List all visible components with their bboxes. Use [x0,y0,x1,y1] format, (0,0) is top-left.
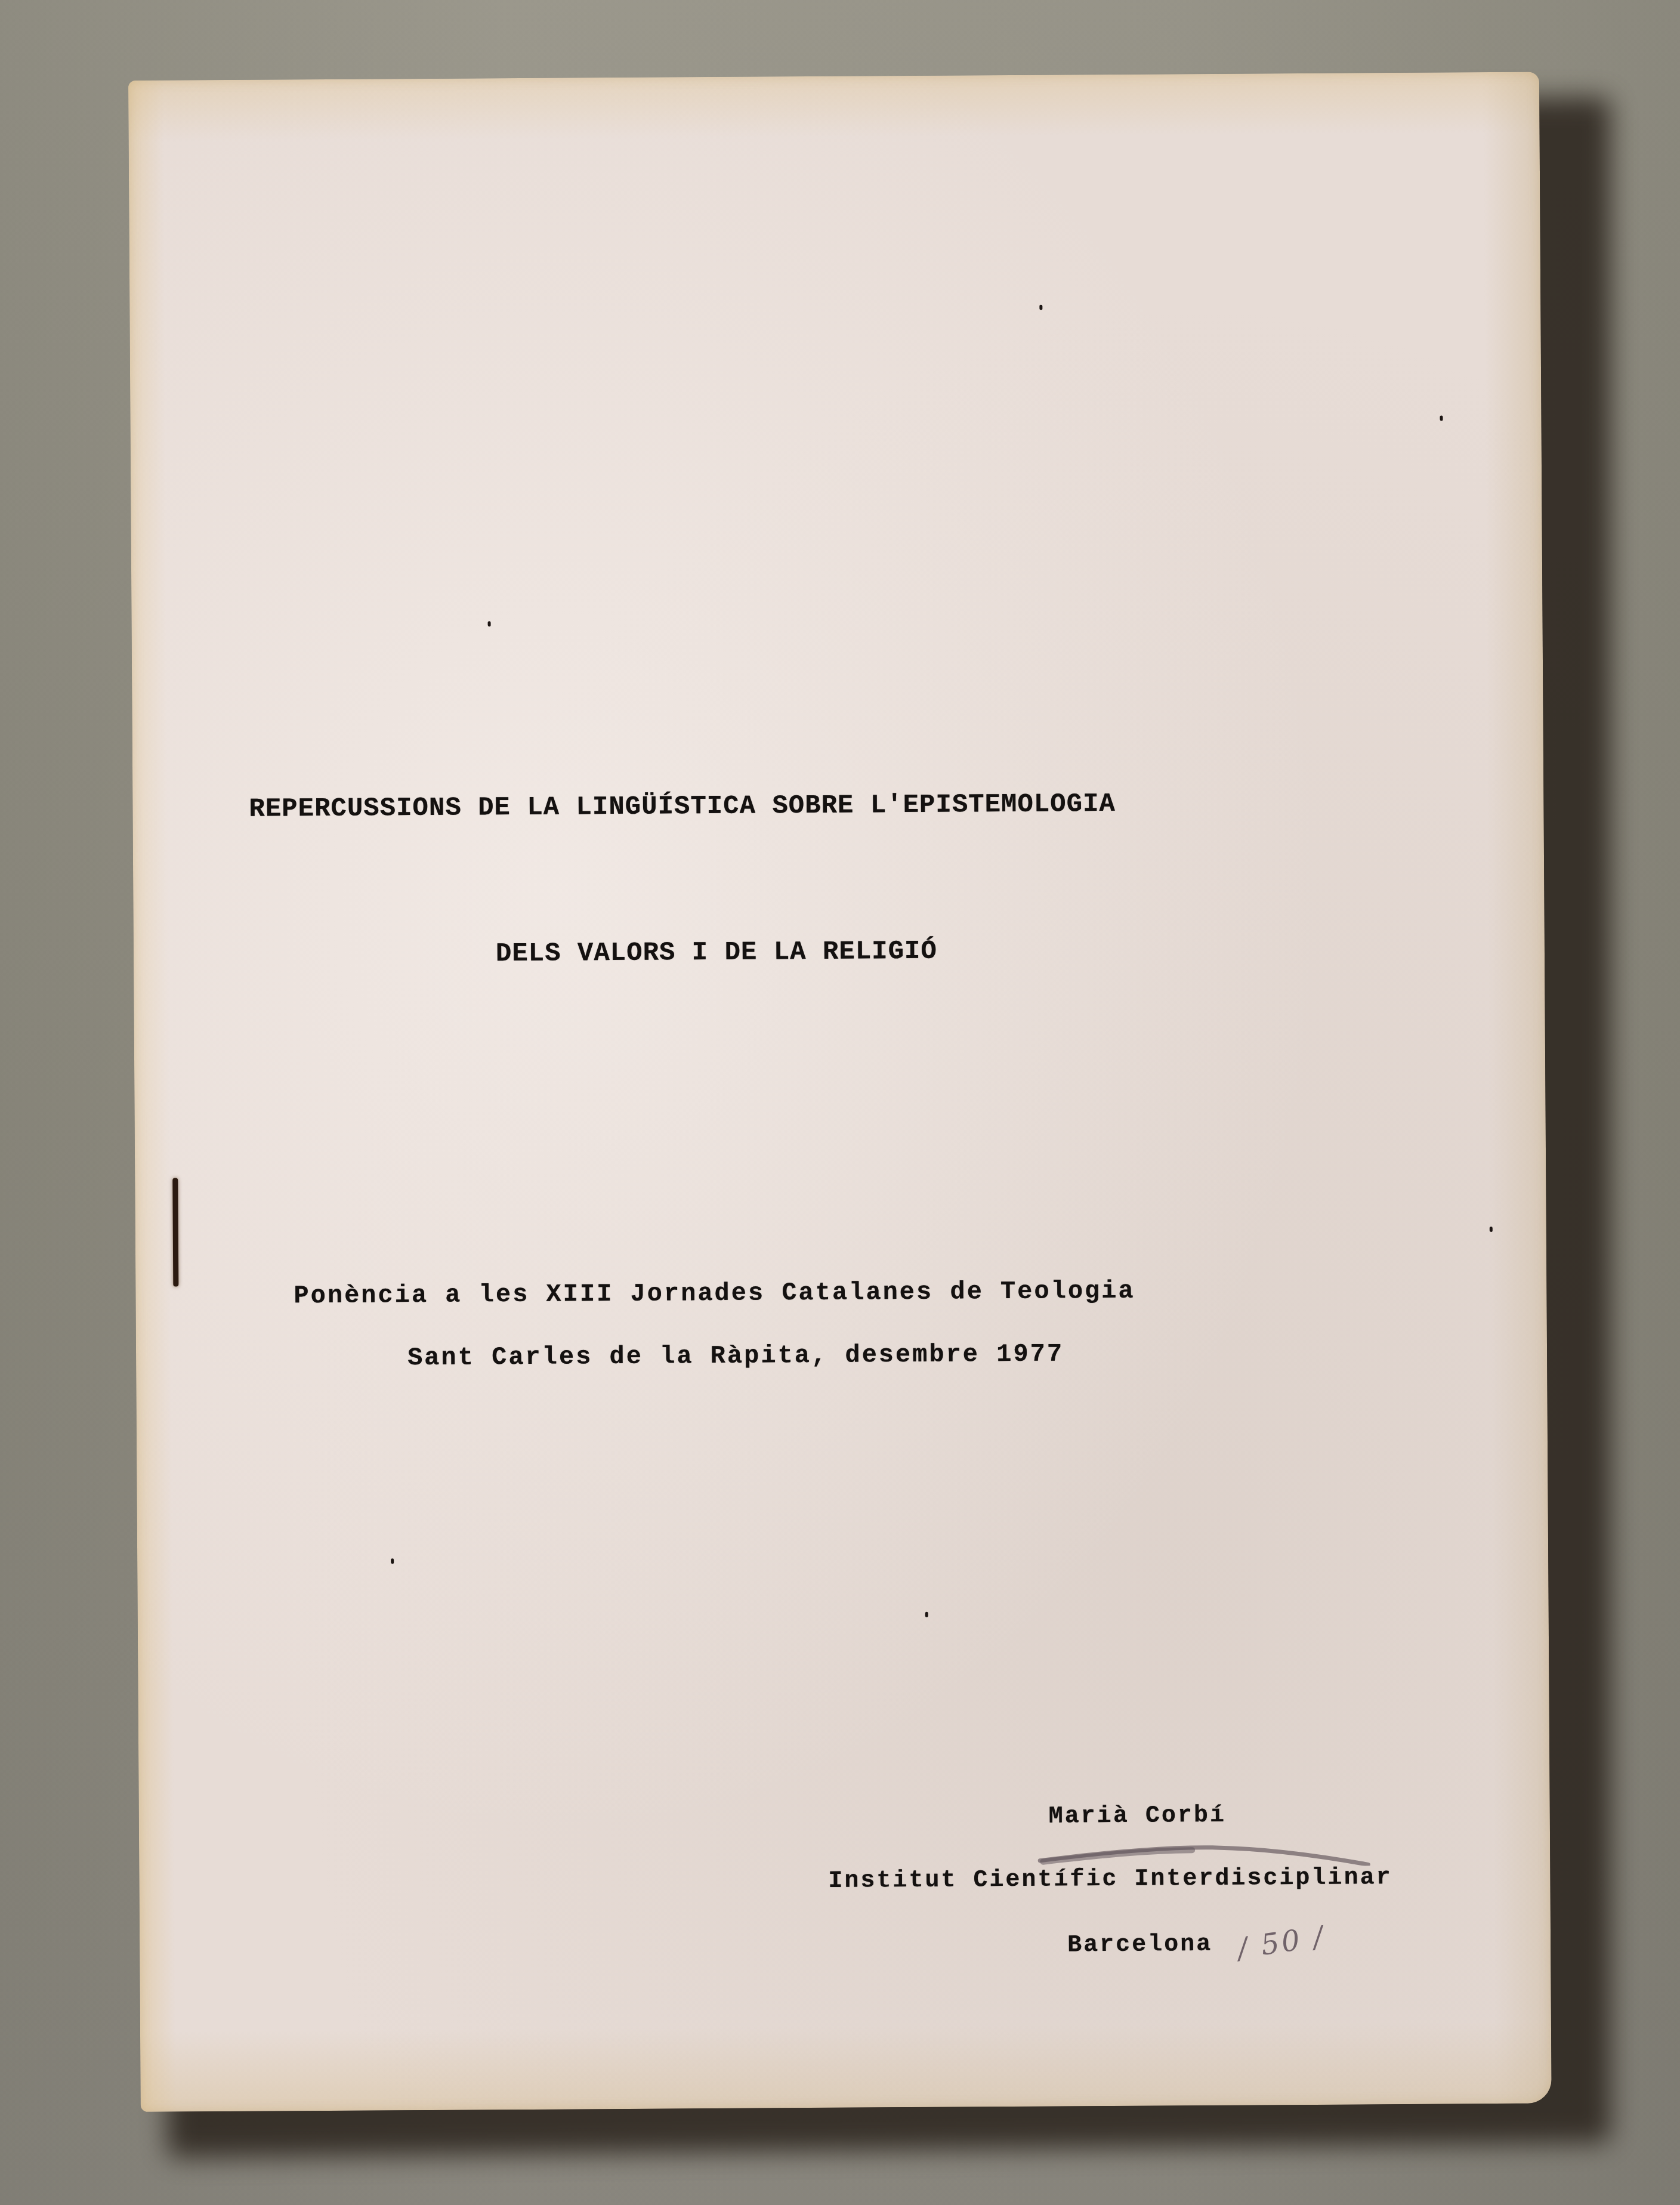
ink-speck [1440,416,1443,421]
handwritten-price-note: / 50 / [1236,1920,1328,1966]
ink-speck [391,1558,394,1564]
ink-speck [925,1612,928,1617]
pencil-underline-icon [1037,1842,1371,1867]
staple-icon [172,1178,178,1287]
ink-speck [1039,305,1042,310]
city-name: Barcelona [1067,1931,1212,1959]
ink-speck [1490,1227,1493,1232]
author-name: Marià Corbí [1049,1802,1226,1830]
title-line-1: REPERCUSSIONS DE LA LINGÜÍSTICA SOBRE L'… [249,789,1116,824]
subtitle-line-2: Sant Carles de la Ràpita, desembre 1977 [407,1339,1064,1372]
ink-speck [488,621,491,626]
subtitle-line-1: Ponència a les XIII Jornades Catalanes d… [294,1277,1135,1311]
institution-name: Institut Científic Interdisciplinar [828,1864,1392,1895]
booklet-cover: REPERCUSSIONS DE LA LINGÜÍSTICA SOBRE L'… [128,72,1552,2112]
title-line-2: DELS VALORS I DE LA RELIGIÓ [496,937,937,969]
